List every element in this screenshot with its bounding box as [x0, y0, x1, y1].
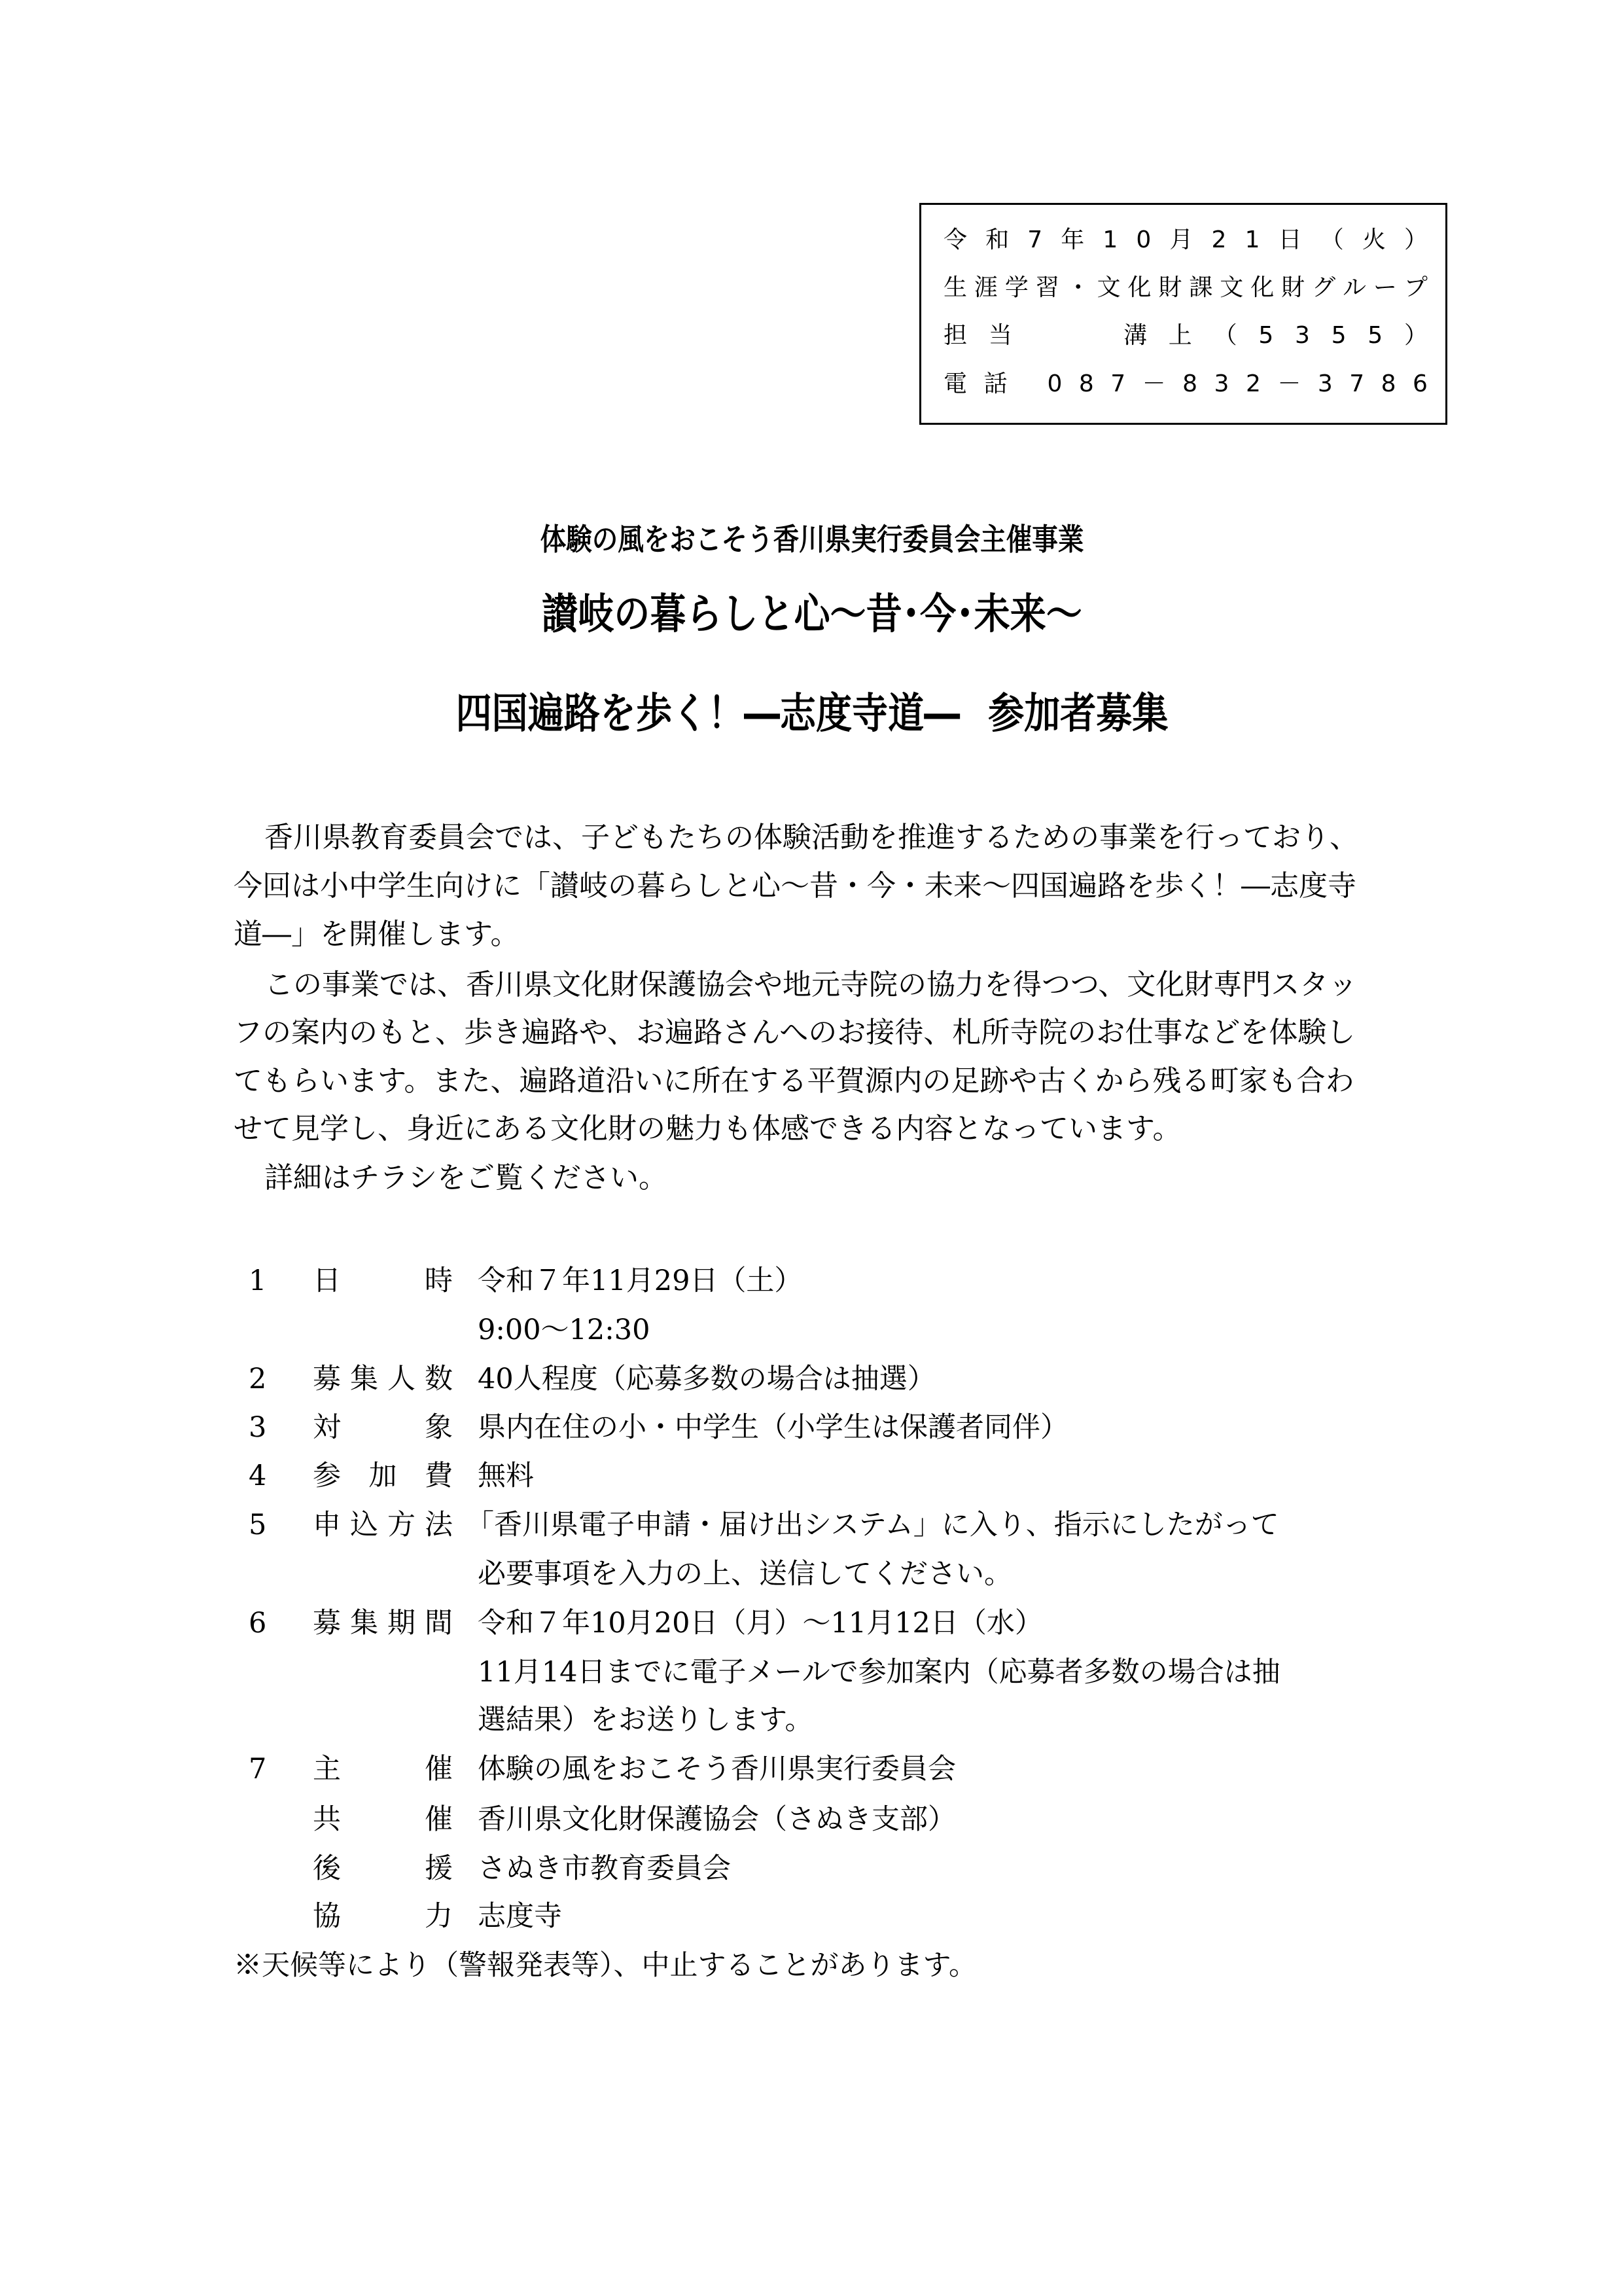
- detail-label: 日 時: [313, 1261, 453, 1300]
- detail-label: 共 催: [313, 1800, 453, 1839]
- detail-label: 申 込 方 法: [313, 1505, 453, 1545]
- event-subtitle: 四国遍路を歩く！―志度寺道―参加者募集: [114, 686, 1511, 742]
- release-date: 令 和 7 年 1 0 月 2 1 日 （ 火 ）: [944, 224, 1428, 256]
- body-line: 香川県教育委員会では、子どもたちの体験活動を推進するための事業を行っており、: [264, 818, 1358, 857]
- detail-label: 主 催: [313, 1749, 453, 1789]
- detail-value: 選結果）をお送りします。: [478, 1700, 813, 1740]
- body-line: フの案内のもと、歩き遍路や、お遍路さんへのお接待、札所寺院のお仕事などを体験し: [234, 1013, 1355, 1052]
- detail-label: 募 集 人 数: [313, 1359, 453, 1399]
- contact-phone: 電 話 0 8 7 － 8 3 2 － 3 7 8 6: [944, 368, 1428, 400]
- organizer-heading: 体験の風をおこそう香川県実行委員会主催事業: [114, 518, 1511, 560]
- detail-value: 香川県文化財保護協会（さぬき支部）: [478, 1800, 956, 1839]
- contact-info-box: 令 和 7 年 1 0 月 2 1 日 （ 火 ） 生 涯 学 習 ・ 文 化 …: [919, 203, 1447, 425]
- detail-value: 11月14日までに電子メールで参加案内（応募者多数の場合は抽: [478, 1653, 1280, 1692]
- detail-value: 志度寺: [478, 1897, 562, 1936]
- weather-cancellation-note: ※天候等により（警報発表等）、中止することがあります。: [234, 1946, 977, 1985]
- detail-label: 募 集 期 間: [313, 1604, 453, 1643]
- detail-value: 40人程度（応募多数の場合は抽選）: [478, 1359, 936, 1399]
- detail-label: 後 援: [313, 1849, 453, 1888]
- detail-label: 参 加 費: [313, 1456, 453, 1496]
- body-line: 詳細はチラシをご覧ください。: [264, 1158, 667, 1198]
- body-line: せて見学し、身近にある文化財の魅力も体感できる内容となっています。: [234, 1109, 1181, 1149]
- recruitment-label: 参加者募集: [988, 690, 1168, 738]
- detail-value: 令和７年10月20日（月）～11月12日（水）: [478, 1604, 1043, 1643]
- body-line: てもらいます。また、遍路道沿いに所在する平賀源内の足跡や古くから残る町家も合わ: [234, 1062, 1354, 1101]
- department-name: 生 涯 学 習 ・ 文 化 財 課 文 化 財 グ ル ー プ: [944, 272, 1428, 304]
- detail-value: さぬき市教育委員会: [478, 1849, 731, 1888]
- body-line: 道―」を開催します。: [234, 915, 519, 954]
- document-page: 令 和 7 年 1 0 月 2 1 日 （ 火 ） 生 涯 学 習 ・ 文 化 …: [0, 0, 1624, 2296]
- body-line: この事業では、香川県文化財保護協会や地元寺院の協力を得つつ、文化財専門スタッ: [264, 965, 1357, 1005]
- detail-value: 無料: [478, 1456, 534, 1496]
- detail-value: 体験の風をおこそう香川県実行委員会: [478, 1749, 956, 1789]
- body-line: 今回は小中学生向けに「讃岐の暮らしと心～昔・今・未来～四国遍路を歩く！―志度寺: [234, 867, 1356, 906]
- detail-value: 必要事項を入力の上、送信してください。: [478, 1554, 1012, 1594]
- detail-value: 「香川県電子申請・届け出システム」に入り、指示にしたがって: [466, 1505, 1279, 1545]
- detail-label: 協 力: [313, 1897, 453, 1936]
- event-subtitle-main: 四国遍路を歩く！―志度寺道―: [456, 690, 961, 738]
- detail-value: 9:00～12:30: [478, 1310, 650, 1350]
- detail-label: 対 象: [313, 1408, 453, 1447]
- contact-person: 担 当 溝 上 （ 5 3 5 5 ）: [944, 320, 1428, 351]
- detail-value: 令和７年11月29日（土）: [478, 1261, 802, 1300]
- event-title: 讃岐の暮らしと心～昔･今･未来～: [114, 586, 1511, 643]
- detail-value: 県内在住の小・中学生（小学生は保護者同伴）: [478, 1408, 1068, 1447]
